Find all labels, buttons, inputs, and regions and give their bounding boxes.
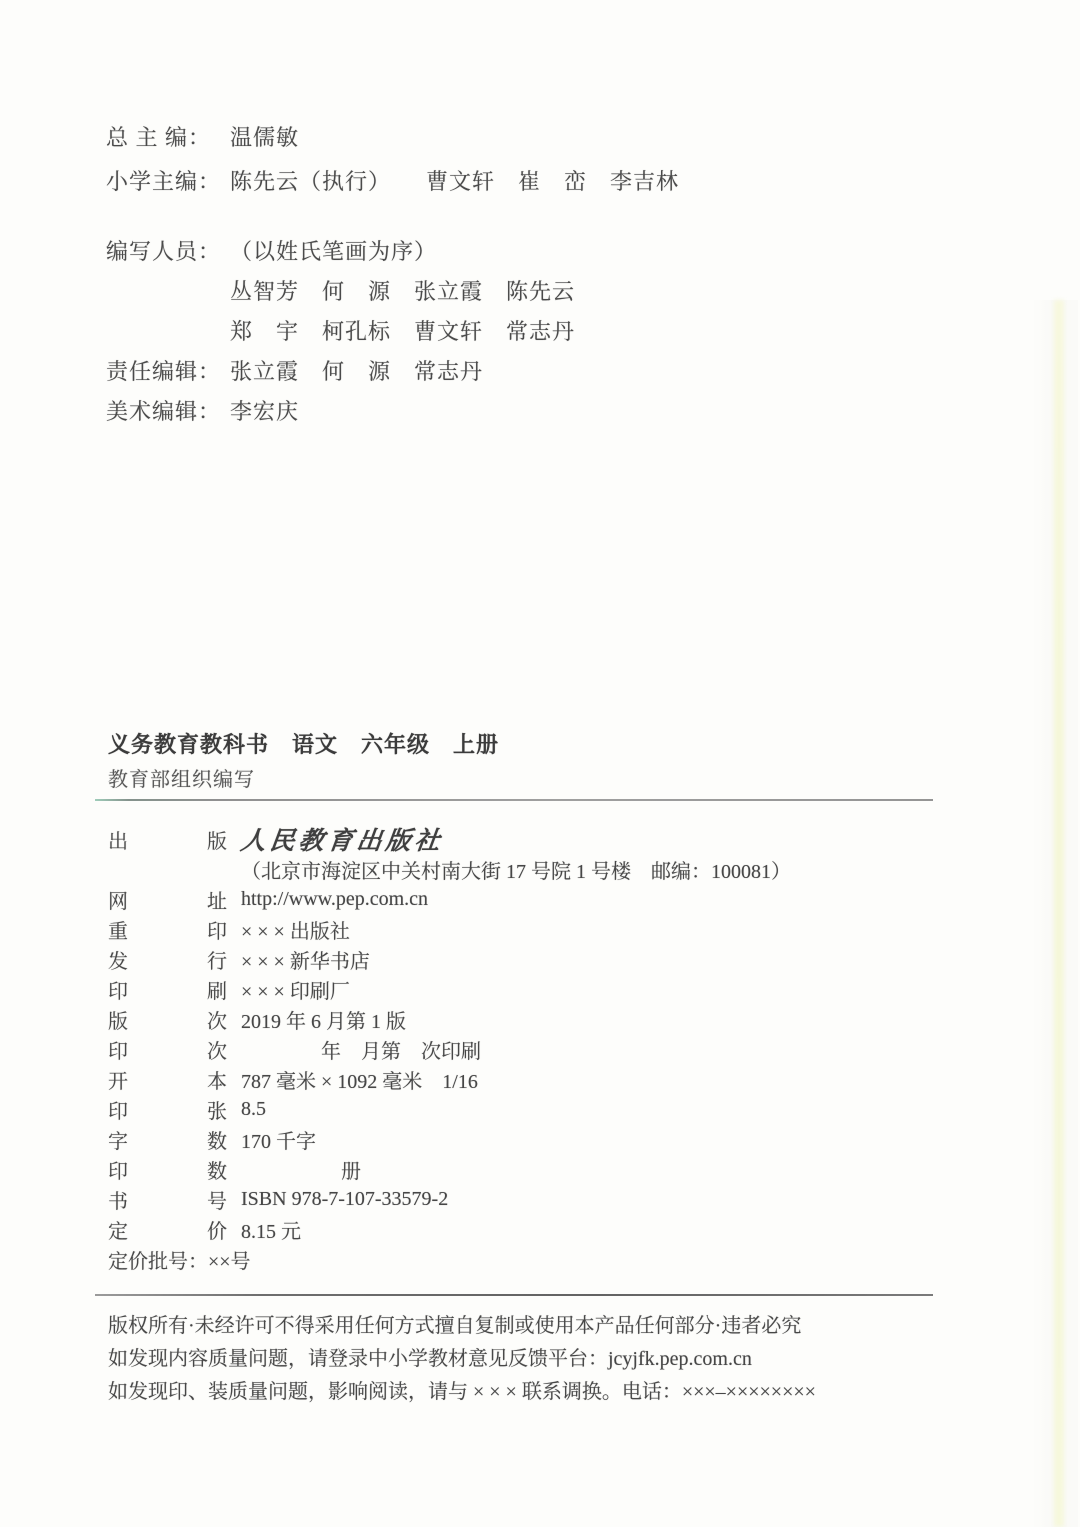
art-editor-row: 美术编辑： 李宏庆 xyxy=(106,392,679,432)
isbn-row: 书号 ISBN 978-7-107-33579-2 xyxy=(108,1184,791,1214)
feedback-notice: 如发现内容质量问题，请登录中小学教材意见反馈平台：jcyjfk.pep.com.… xyxy=(108,1343,816,1376)
label-char: 印 xyxy=(108,975,128,1004)
label-char: 数 xyxy=(207,1155,227,1184)
chief-editor-row: 总 主 编： 温儒敏 xyxy=(106,116,679,160)
format-row: 开本 787 毫米 × 1092 毫米 1/16 xyxy=(108,1064,791,1094)
publisher-name: 人民教育出版社 xyxy=(239,821,446,857)
label-char: 张 xyxy=(207,1095,227,1124)
price-batch-row: 定价批号：××号 xyxy=(108,1244,791,1274)
chief-editor-label: 总 主 编： xyxy=(106,116,230,160)
printrun-label: 印数 xyxy=(108,1155,227,1184)
publisher-address: （北京市海淀区中关村南大街 17 号院 1 号楼 邮编：100081） xyxy=(241,855,791,884)
staff-label: 编写人员： xyxy=(106,232,230,272)
divider-bottom xyxy=(95,1294,933,1296)
impression-row: 印次 年 月第 次印刷 xyxy=(108,1034,791,1064)
staff-names-row-1: 丛智芳 何 源 张立霞 陈先云 xyxy=(230,272,679,312)
impression-label: 印次 xyxy=(108,1035,227,1064)
label-char: 书 xyxy=(108,1185,128,1214)
printer-row: 印刷 × × × 印刷厂 xyxy=(108,974,791,1004)
edition-label: 版次 xyxy=(108,1005,227,1034)
staff-names-row-2: 郑 宇 柯孔标 曹文轩 常志丹 xyxy=(230,312,679,352)
publisher-address-row: （北京市海淀区中关村南大街 17 号院 1 号楼 邮编：100081） xyxy=(108,854,791,884)
staff-names-2: 郑 宇 柯孔标 曹文轩 常志丹 xyxy=(230,312,575,352)
price-row: 定价 8.15 元 xyxy=(108,1214,791,1244)
price-value: 8.15 元 xyxy=(241,1215,301,1244)
exchange-notice: 如发现印、装质量问题，影响阅读，请与 × × × 联系调换。电话：×××–×××… xyxy=(108,1376,816,1409)
distributor-label: 发行 xyxy=(108,945,227,974)
title-block: 义务教育教科书 语文 六年级 上册 教育部组织编写 xyxy=(108,726,499,796)
responsible-editor-row: 责任编辑： 张立霞 何 源 常志丹 xyxy=(106,352,679,392)
label-char: 次 xyxy=(207,1005,227,1034)
label-char: 址 xyxy=(207,885,227,914)
isbn-value: ISBN 978-7-107-33579-2 xyxy=(241,1188,448,1211)
distributor-row: 发行 × × × 新华书店 xyxy=(108,944,791,974)
responsible-editor-label: 责任编辑： xyxy=(106,352,230,392)
label-char: 印 xyxy=(108,1095,128,1124)
publisher-row: 出版 人民教育出版社 xyxy=(108,824,791,854)
wordcount-row: 字数 170 千字 xyxy=(108,1124,791,1154)
scan-edge-line xyxy=(1054,300,1064,1527)
label-char: 行 xyxy=(207,945,227,974)
sheets-row: 印张 8.5 xyxy=(108,1094,791,1124)
responsible-editor-value: 张立霞 何 源 常志丹 xyxy=(230,352,483,392)
label-char: 版 xyxy=(108,1005,128,1034)
printer-label: 印刷 xyxy=(108,975,227,1004)
label-char: 号 xyxy=(207,1185,227,1214)
staff-note: （以姓氏笔画为序） xyxy=(230,232,437,272)
label-char: 发 xyxy=(108,945,128,974)
label-char: 印 xyxy=(207,915,227,944)
label-char: 数 xyxy=(207,1125,227,1154)
publisher-label: 出版 xyxy=(108,825,227,854)
website-row: 网址 http://www.pep.com.cn xyxy=(108,884,791,914)
price-label: 定价 xyxy=(108,1215,227,1244)
wordcount-label: 字数 xyxy=(108,1125,227,1154)
colophon-block: 出版 人民教育出版社 （北京市海淀区中关村南大街 17 号院 1 号楼 邮编：1… xyxy=(108,824,791,1274)
wordcount-value: 170 千字 xyxy=(241,1125,316,1154)
label-char: 版 xyxy=(207,825,227,854)
primary-editor-label: 小学主编： xyxy=(106,160,230,204)
distributor-value: × × × 新华书店 xyxy=(241,945,370,974)
scan-edge-band xyxy=(1032,300,1078,1527)
label-char: 重 xyxy=(108,915,128,944)
impression-value: 年 月第 次印刷 xyxy=(241,1035,481,1064)
edition-value: 2019 年 6 月第 1 版 xyxy=(241,1005,406,1034)
label-char: 次 xyxy=(207,1035,227,1064)
sheets-value: 8.5 xyxy=(241,1098,266,1121)
label-char: 刷 xyxy=(207,975,227,1004)
sheets-label: 印张 xyxy=(108,1095,227,1124)
label-char: 网 xyxy=(108,885,128,914)
art-editor-value: 李宏庆 xyxy=(230,392,299,432)
isbn-label: 书号 xyxy=(108,1185,227,1214)
format-label: 开本 xyxy=(108,1065,227,1094)
edition-row: 版次 2019 年 6 月第 1 版 xyxy=(108,1004,791,1034)
label-char: 开 xyxy=(108,1065,128,1094)
printer-value: × × × 印刷厂 xyxy=(241,975,350,1004)
label-char: 印 xyxy=(108,1035,128,1064)
chief-editor-value: 温儒敏 xyxy=(230,116,299,160)
website-label: 网址 xyxy=(108,885,227,914)
reprint-value: × × × 出版社 xyxy=(241,915,350,944)
price-batch: 定价批号：××号 xyxy=(108,1245,251,1274)
staff-names-1: 丛智芳 何 源 张立霞 陈先云 xyxy=(230,272,575,312)
label-char: 字 xyxy=(108,1125,128,1154)
printrun-value: 册 xyxy=(241,1155,361,1184)
label-char: 本 xyxy=(207,1065,227,1094)
primary-editor-row: 小学主编： 陈先云（执行） 曹文轩 崔 峦 李吉林 xyxy=(106,160,679,204)
label-char: 定 xyxy=(108,1215,128,1244)
primary-editor-value: 陈先云（执行） 曹文轩 崔 峦 李吉林 xyxy=(230,160,679,204)
editors-spacer xyxy=(106,204,679,232)
divider-top xyxy=(95,799,933,801)
reprint-row: 重印 × × × 出版社 xyxy=(108,914,791,944)
format-value: 787 毫米 × 1092 毫米 1/16 xyxy=(241,1065,478,1094)
footer-block: 版权所有·未经许可不得采用任何方式擅自复制或使用本产品任何部分·违者必究 如发现… xyxy=(108,1310,816,1409)
series-title: 义务教育教科书 语文 六年级 上册 xyxy=(108,726,499,764)
label-char: 印 xyxy=(108,1155,128,1184)
textbook-colophon-page: 总 主 编： 温儒敏 小学主编： 陈先云（执行） 曹文轩 崔 峦 李吉林 编写人… xyxy=(0,0,1080,1527)
reprint-label: 重印 xyxy=(108,915,227,944)
website-url: http://www.pep.com.cn xyxy=(241,888,428,911)
art-editor-label: 美术编辑： xyxy=(106,392,230,432)
printrun-row: 印数 册 xyxy=(108,1154,791,1184)
label-char: 出 xyxy=(108,825,128,854)
label-char: 价 xyxy=(207,1215,227,1244)
organizer-line: 教育部组织编写 xyxy=(108,764,499,796)
staff-header-row: 编写人员： （以姓氏笔画为序） xyxy=(106,232,679,272)
copyright-notice: 版权所有·未经许可不得采用任何方式擅自复制或使用本产品任何部分·违者必究 xyxy=(108,1310,816,1343)
editors-block: 总 主 编： 温儒敏 小学主编： 陈先云（执行） 曹文轩 崔 峦 李吉林 编写人… xyxy=(106,116,679,432)
